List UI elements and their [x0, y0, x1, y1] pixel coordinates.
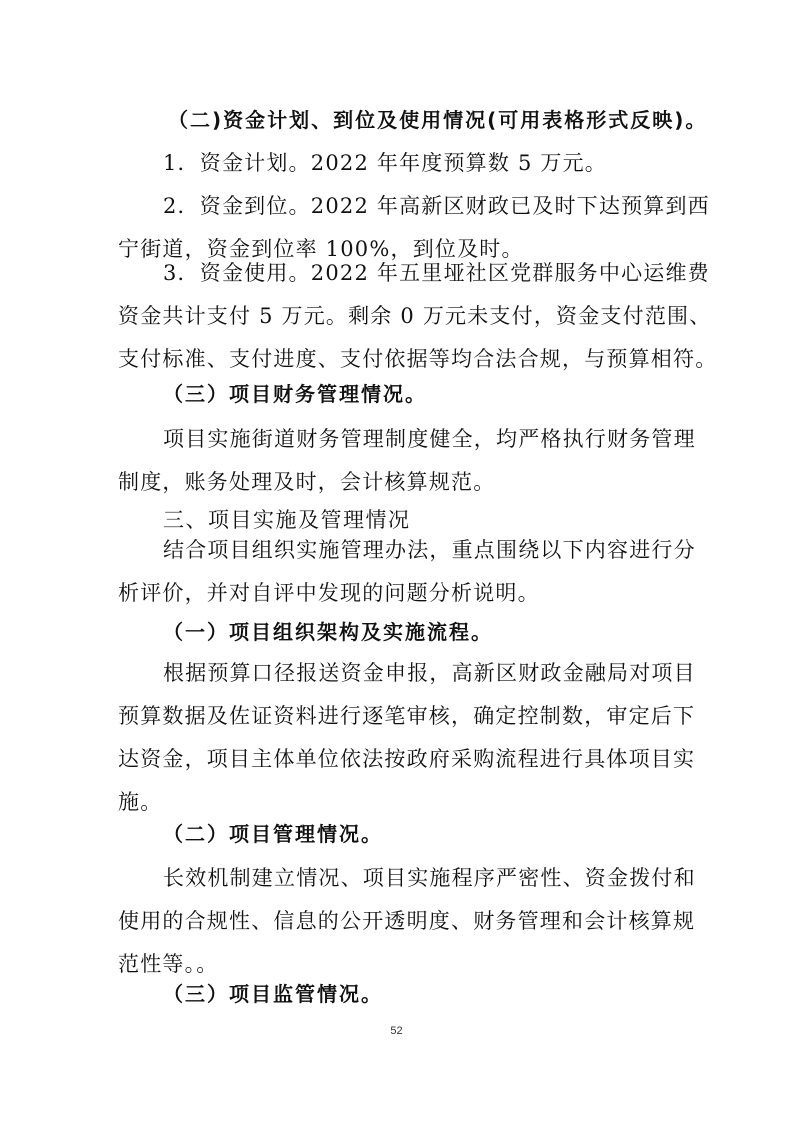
section-heading-project-management: （二）项目管理情况。: [163, 820, 383, 848]
page-number: 52: [0, 1025, 793, 1037]
paragraph-line: 3．资金使用。2022 年五里垭社区党群服务中心运维费: [163, 259, 710, 287]
chapter-heading-implementation: 三、项目实施及管理情况: [163, 506, 411, 534]
paragraph-line: 项目实施街道财务管理制度健全，均严格执行财务管理: [163, 425, 696, 453]
paragraph-line: 析评价，并对自评中发现的问题分析说明。: [118, 579, 540, 607]
paragraph-line: 制度，账务处理及时，会计核算规范。: [118, 468, 495, 496]
paragraph-line: 支付标准、支付进度、支付依据等均合法合规，与预算相符。: [118, 345, 717, 373]
section-heading-fund-plan: （二)资金计划、到位及使用情况(可用表格形式反映)。: [168, 106, 707, 134]
paragraph-line: 施。: [118, 788, 162, 816]
paragraph-line: 根据预算口径报送资金申报，高新区财政金融局对项目: [163, 659, 696, 687]
paragraph-line: 预算数据及佐证资料进行逐笔审核，确定控制数，审定后下: [118, 702, 695, 730]
paragraph-line: 达资金，项目主体单位依法按政府采购流程进行具体项目实: [118, 745, 695, 773]
paragraph-line: 结合项目组织实施管理办法，重点围绕以下内容进行分: [163, 536, 696, 564]
paragraph-line: 1．资金计划。2022 年年度预算数 5 万元。: [163, 149, 607, 177]
section-heading-organization: （一）项目组织架构及实施流程。: [163, 618, 493, 646]
paragraph-line: 范性等。。: [118, 950, 219, 978]
paragraph-line: 2．资金到位。2022 年高新区财政已及时下达预算到西: [163, 192, 710, 220]
paragraph-line: 资金共计支付 5 万元。剩余 0 万元未支付，资金支付范围、: [118, 302, 711, 330]
paragraph-line: 使用的合规性、信息的公开透明度、财务管理和会计核算规: [118, 907, 695, 935]
section-heading-supervision: （三）项目监管情况。: [163, 980, 383, 1008]
paragraph-line: 长效机制建立情况、项目实施程序严密性、资金拨付和: [163, 864, 696, 892]
section-heading-financial-management: （三）项目财务管理情况。: [163, 380, 427, 408]
